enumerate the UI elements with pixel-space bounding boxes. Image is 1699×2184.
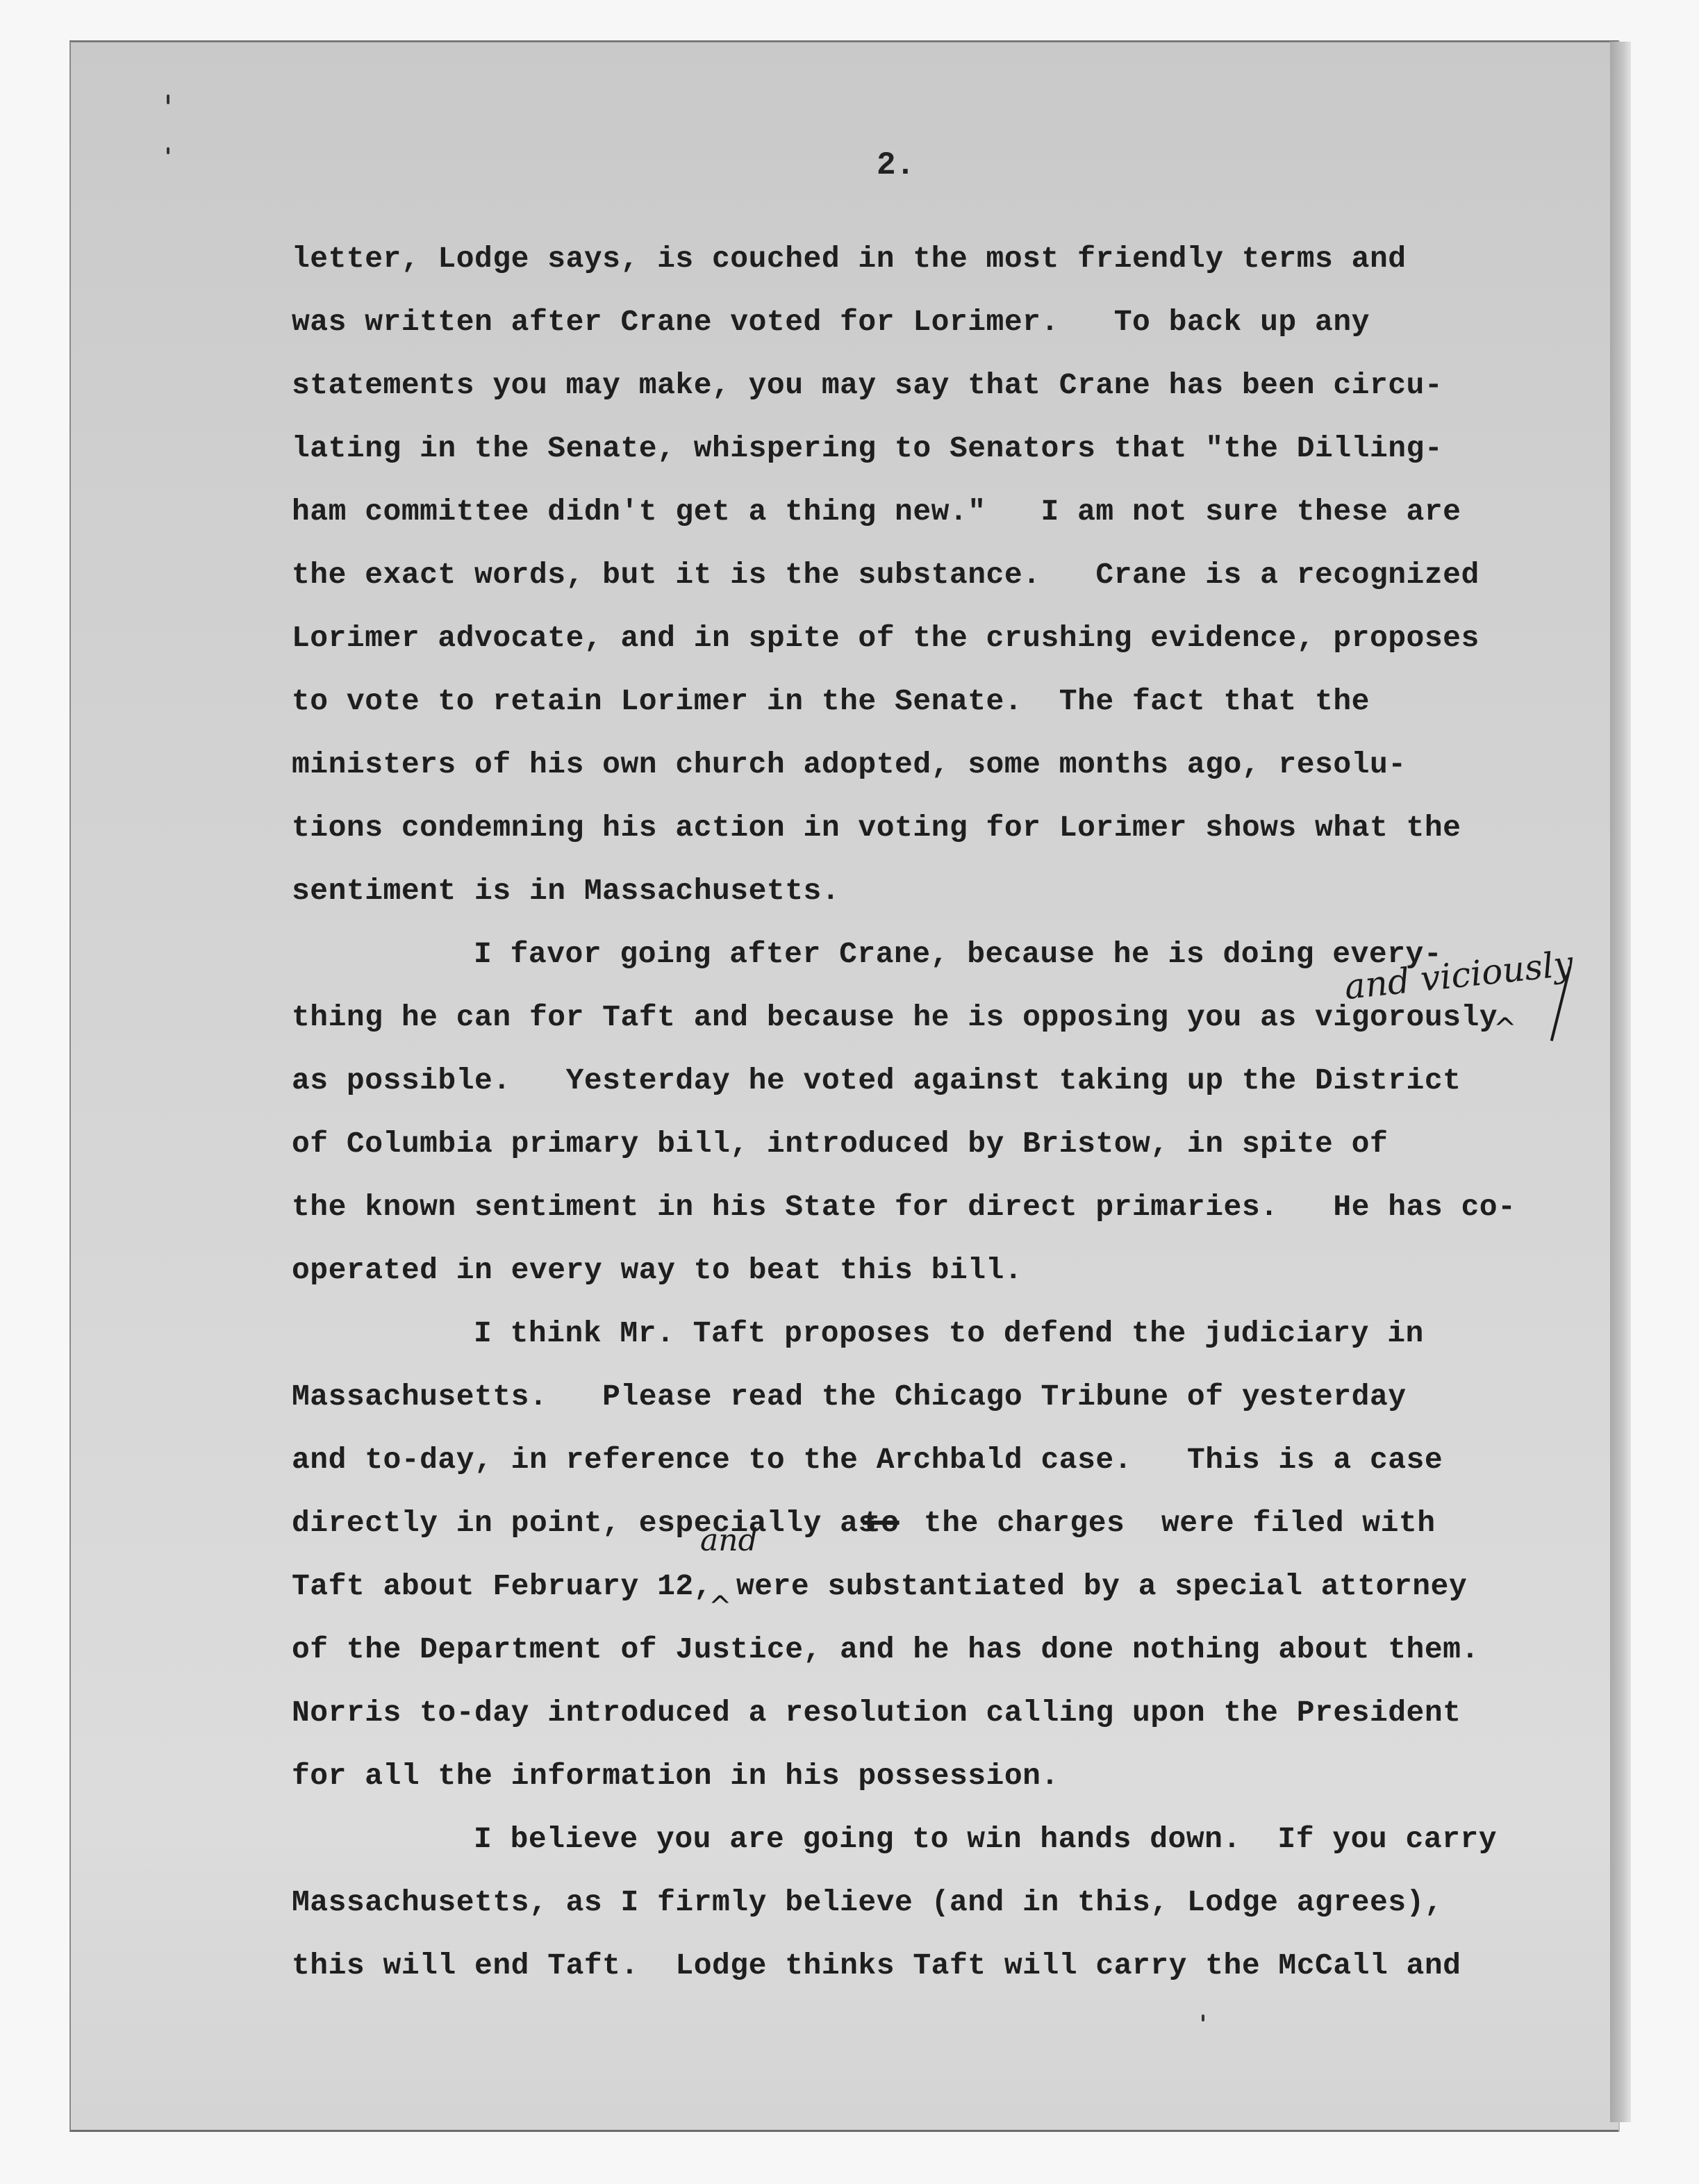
text-line: tions condemning his action in voting fo… (292, 810, 1461, 846)
text-line: was written after Crane voted for Lorime… (292, 304, 1370, 340)
text-line: Norris to-day introduced a resolution ca… (292, 1695, 1461, 1731)
text-line: directly in point, especially as (292, 1505, 877, 1541)
ink-speck (167, 94, 169, 104)
insertion-caret: ^ (1493, 1013, 1517, 1045)
text-line: Lorimer advocate, and in spite of the cr… (292, 620, 1480, 656)
text-line: thing he can for Taft and because he is … (292, 1000, 1498, 1036)
text-line: and to-day, in reference to the Archbald… (292, 1442, 1443, 1478)
text-line: the exact words, but it is the substance… (292, 557, 1480, 593)
text-line: ham committee didn't get a thing new." I… (292, 494, 1461, 530)
ink-speck (167, 147, 169, 154)
text-line: lating in the Senate, whispering to Sena… (292, 431, 1443, 467)
text-line: Massachusetts. Please read the Chicago T… (292, 1379, 1407, 1415)
page-edge (1610, 42, 1631, 2122)
text-line: of the Department of Justice, and he has… (292, 1632, 1480, 1668)
text-line: Taft about February 12, (292, 1569, 712, 1605)
struck-word: to (863, 1505, 900, 1541)
text-line: letter, Lodge says, is couched in the mo… (292, 241, 1407, 277)
ink-speck (1202, 2015, 1204, 2021)
text-line: to vote to retain Lorimer in the Senate.… (292, 684, 1370, 720)
text-line: I believe you are going to win hands dow… (474, 1821, 1497, 1858)
insertion-caret: ^ (708, 1591, 732, 1623)
text-line: I think Mr. Taft proposes to defend the … (474, 1316, 1424, 1352)
text-line: as possible. Yesterday he voted against … (292, 1063, 1461, 1099)
text-line: Massachusetts, as I firmly believe (and … (292, 1885, 1443, 1921)
text-line: were substantiated by a special attorney (736, 1569, 1467, 1605)
text-line: I favor going after Crane, because he is… (474, 936, 1442, 973)
page-number: 2. (877, 147, 915, 183)
text-line: ministers of his own church adopted, som… (292, 747, 1407, 783)
text-line: statements you may make, you may say tha… (292, 367, 1443, 404)
text-line: the charges were filed with (924, 1505, 1436, 1541)
text-line: sentiment is in Massachusetts. (292, 873, 840, 909)
text-line: operated in every way to beat this bill. (292, 1252, 1022, 1289)
text-line: this will end Taft. Lodge thinks Taft wi… (292, 1948, 1461, 1984)
handwritten-insertion: and (700, 1523, 758, 1558)
text-line: the known sentiment in his State for dir… (292, 1189, 1516, 1225)
text-line: for all the information in his possessio… (292, 1758, 1059, 1794)
text-line: of Columbia primary bill, introduced by … (292, 1126, 1388, 1162)
